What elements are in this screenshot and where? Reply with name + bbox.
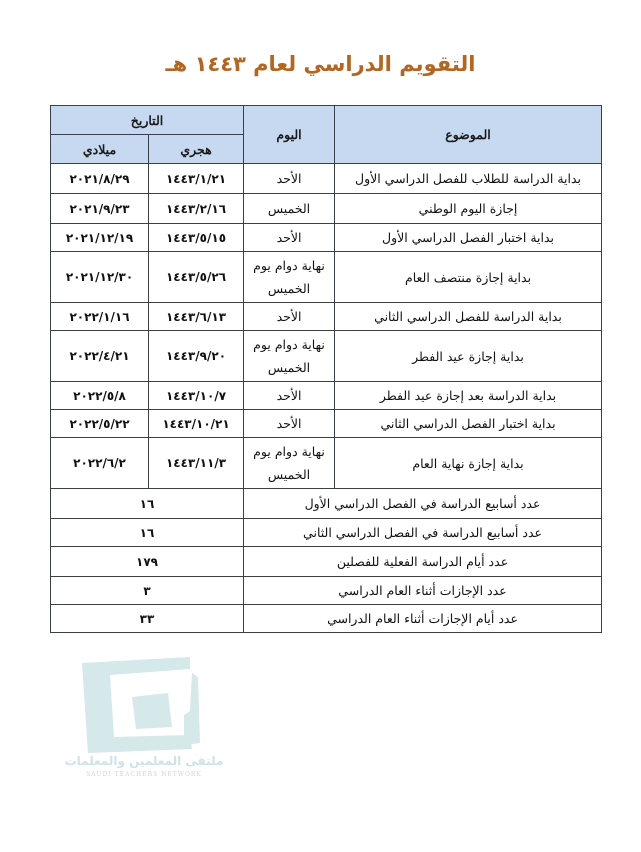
- row-hijri: ١٤٤٣/١١/٣: [149, 438, 244, 489]
- watermark-english-text: SAUDI TEACHERS NETWORK: [54, 771, 234, 778]
- summary-value: ٣: [51, 577, 244, 605]
- row-topic: بداية إجازة نهاية العام: [335, 438, 602, 489]
- summary-label: عدد أسابيع الدراسة في الفصل الدراسي الثا…: [244, 519, 602, 547]
- row-topic: بداية اختبار الفصل الدراسي الثاني: [335, 410, 602, 438]
- row-gregorian: ٢٠٢٢/٥/٨: [51, 382, 149, 410]
- table-row: بداية الدراسة للطلاب للفصل الدراسي الأول…: [51, 164, 602, 194]
- row-topic: بداية الدراسة بعد إجازة عيد الفطر: [335, 382, 602, 410]
- row-topic: بداية إجازة عيد الفطر: [335, 331, 602, 382]
- table-row: بداية الدراسة للفصل الدراسي الثاني الأحد…: [51, 303, 602, 331]
- row-topic: بداية الدراسة للطلاب للفصل الدراسي الأول: [335, 164, 602, 194]
- row-hijri: ١٤٤٣/٥/٢٦: [149, 252, 244, 303]
- summary-value: ١٧٩: [51, 547, 244, 577]
- row-day: نهاية دوام يوم الخميس: [244, 252, 335, 303]
- row-topic: بداية الدراسة للفصل الدراسي الثاني: [335, 303, 602, 331]
- row-gregorian: ٢٠٢١/٨/٢٩: [51, 164, 149, 194]
- row-hijri: ١٤٤٣/١٠/٢١: [149, 410, 244, 438]
- table-row: بداية إجازة عيد الفطر نهاية دوام يوم الخ…: [51, 331, 602, 382]
- row-hijri: ١٤٤٣/٢/١٦: [149, 194, 244, 224]
- header-date: التاريخ: [51, 106, 244, 135]
- row-gregorian: ٢٠٢٢/٥/٢٢: [51, 410, 149, 438]
- header-hijri: هجري: [149, 135, 244, 164]
- watermark-logo-icon: [80, 655, 230, 765]
- row-day: الأحد: [244, 303, 335, 331]
- row-topic: بداية اختبار الفصل الدراسي الأول: [335, 224, 602, 252]
- row-day: الأحد: [244, 382, 335, 410]
- row-gregorian: ٢٠٢١/٩/٢٣: [51, 194, 149, 224]
- header-day: اليوم: [244, 106, 335, 164]
- row-gregorian: ٢٠٢٢/١/١٦: [51, 303, 149, 331]
- summary-row: عدد أسابيع الدراسة في الفصل الدراسي الأو…: [51, 489, 602, 519]
- row-gregorian: ٢٠٢٢/٤/٢١: [51, 331, 149, 382]
- table-row: بداية إجازة نهاية العام نهاية دوام يوم ا…: [51, 438, 602, 489]
- summary-label: عدد أيام الإجازات أثناء العام الدراسي: [244, 605, 602, 633]
- summary-label: عدد أسابيع الدراسة في الفصل الدراسي الأو…: [244, 489, 602, 519]
- summary-value: ١٦: [51, 519, 244, 547]
- row-day: الأحد: [244, 224, 335, 252]
- row-hijri: ١٤٤٣/١/٢١: [149, 164, 244, 194]
- row-day: الأحد: [244, 410, 335, 438]
- row-hijri: ١٤٤٣/٥/١٥: [149, 224, 244, 252]
- row-gregorian: ٢٠٢١/١٢/٣٠: [51, 252, 149, 303]
- summary-row: عدد الإجازات أثناء العام الدراسي ٣: [51, 577, 602, 605]
- summary-row: عدد أيام الدراسة الفعلية للفصلين ١٧٩: [51, 547, 602, 577]
- row-hijri: ١٤٤٣/١٠/٧: [149, 382, 244, 410]
- row-gregorian: ٢٠٢٢/٦/٢: [51, 438, 149, 489]
- table-row: بداية الدراسة بعد إجازة عيد الفطر الأحد …: [51, 382, 602, 410]
- row-gregorian: ٢٠٢١/١٢/١٩: [51, 224, 149, 252]
- row-day: الخميس: [244, 194, 335, 224]
- summary-label: عدد أيام الدراسة الفعلية للفصلين: [244, 547, 602, 577]
- row-day: نهاية دوام يوم الخميس: [244, 438, 335, 489]
- row-hijri: ١٤٤٣/٩/٢٠: [149, 331, 244, 382]
- table-row: بداية إجازة منتصف العام نهاية دوام يوم ا…: [51, 252, 602, 303]
- summary-value: ٣٣: [51, 605, 244, 633]
- header-topic: الموضوع: [335, 106, 602, 164]
- row-hijri: ١٤٤٣/٦/١٣: [149, 303, 244, 331]
- summary-label: عدد الإجازات أثناء العام الدراسي: [244, 577, 602, 605]
- row-day: نهاية دوام يوم الخميس: [244, 331, 335, 382]
- watermark-arabic-text: ملتقى المعلمين والمعلمات: [54, 754, 234, 768]
- summary-value: ١٦: [51, 489, 244, 519]
- row-day: الأحد: [244, 164, 335, 194]
- page-title: التقويم الدراسي لعام ١٤٤٣ هـ: [0, 52, 641, 76]
- summary-row: عدد أسابيع الدراسة في الفصل الدراسي الثا…: [51, 519, 602, 547]
- row-topic: بداية إجازة منتصف العام: [335, 252, 602, 303]
- academic-calendar-table: الموضوع اليوم التاريخ هجري ميلادي بداية …: [50, 105, 602, 633]
- row-topic: إجازة اليوم الوطني: [335, 194, 602, 224]
- table-header-row: الموضوع اليوم التاريخ: [51, 106, 602, 135]
- table-row: بداية اختبار الفصل الدراسي الثاني الأحد …: [51, 410, 602, 438]
- table-row: بداية اختبار الفصل الدراسي الأول الأحد ١…: [51, 224, 602, 252]
- table-row: إجازة اليوم الوطني الخميس ١٤٤٣/٢/١٦ ٢٠٢١…: [51, 194, 602, 224]
- summary-row: عدد أيام الإجازات أثناء العام الدراسي ٣٣: [51, 605, 602, 633]
- header-gregorian: ميلادي: [51, 135, 149, 164]
